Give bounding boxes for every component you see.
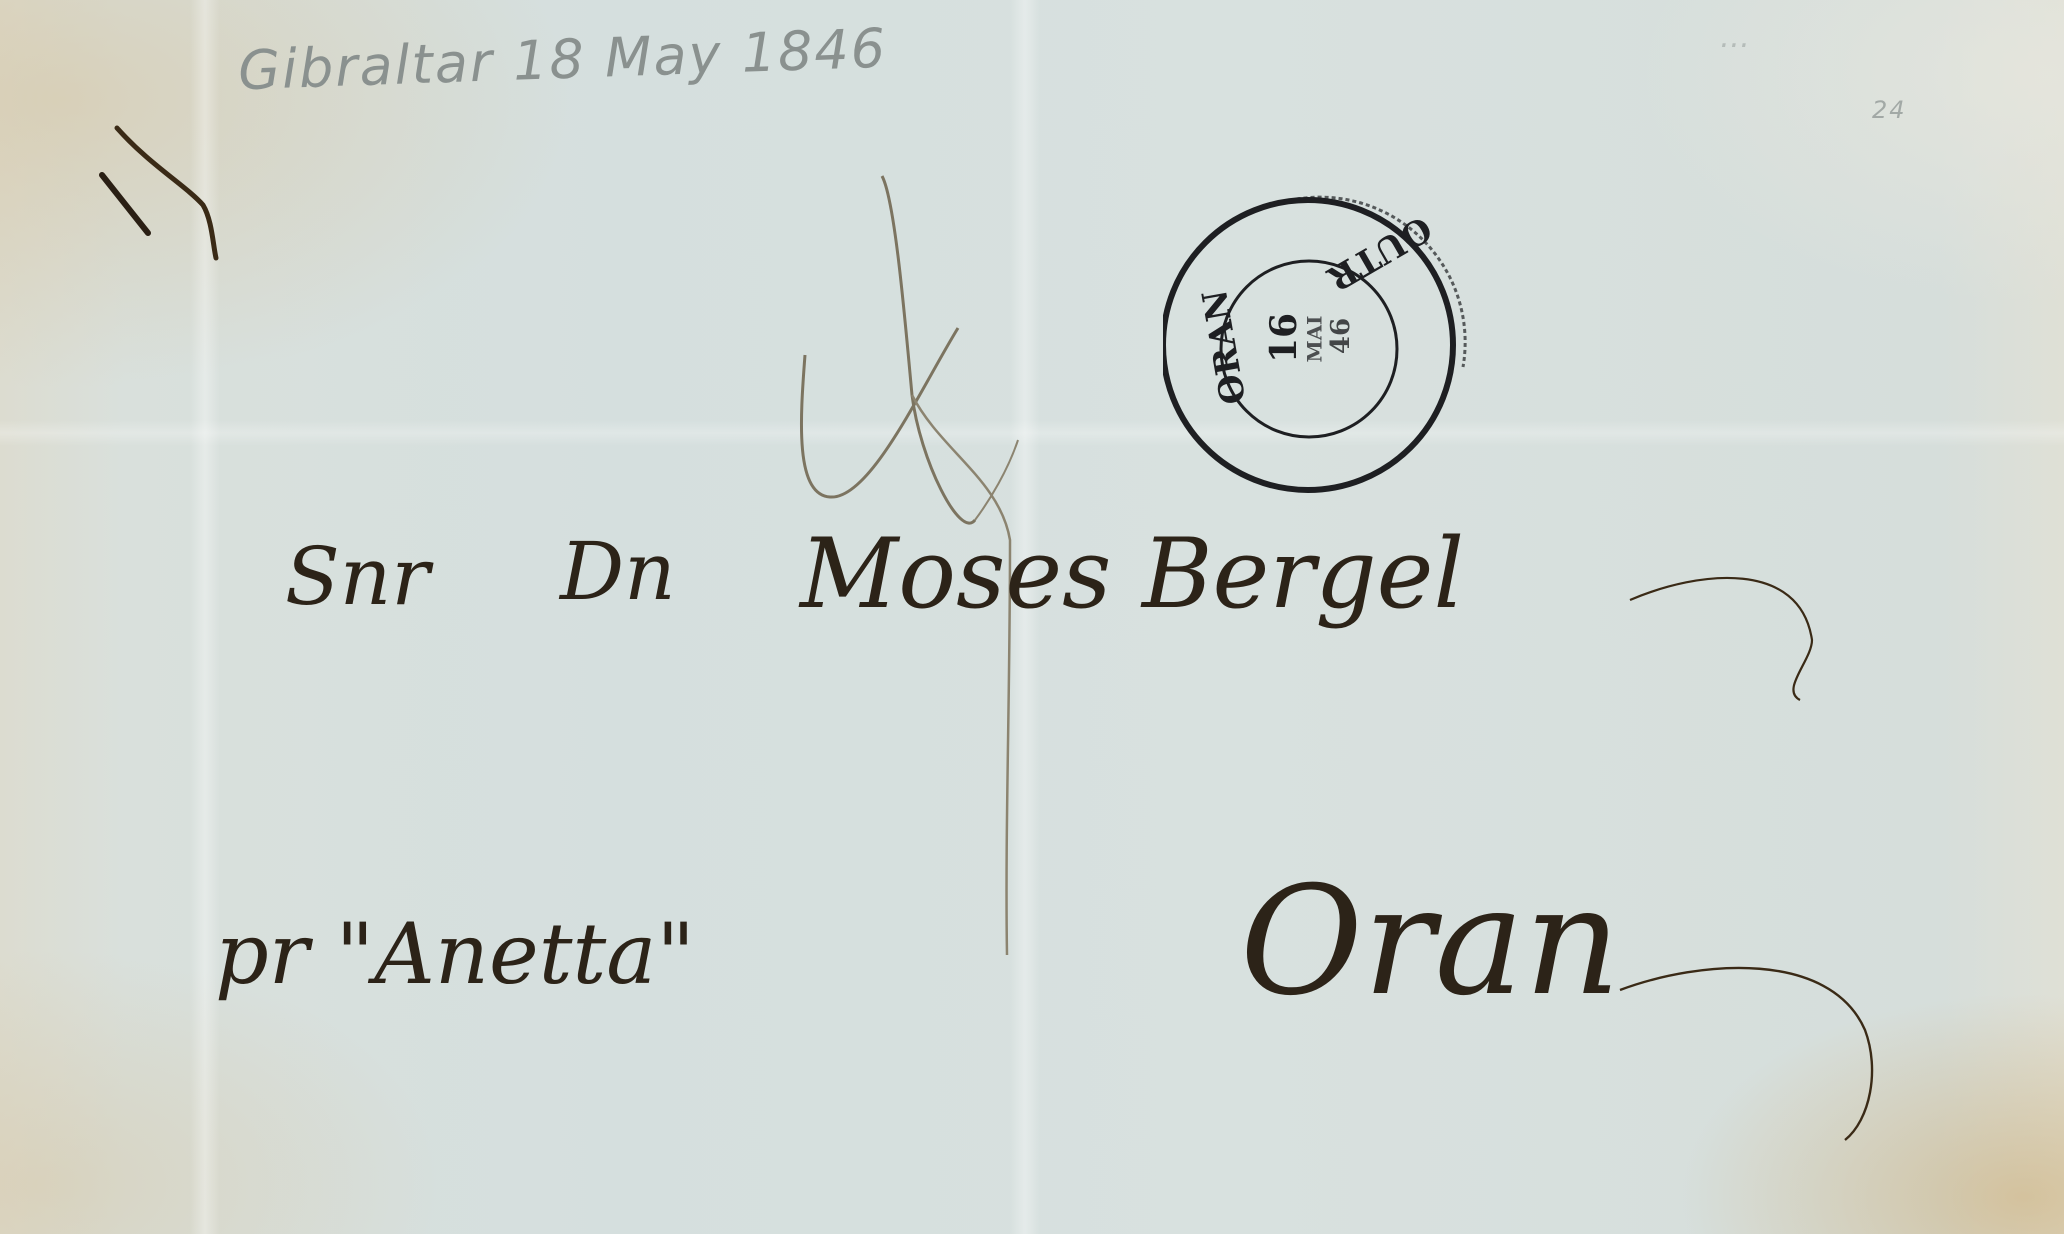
postmark-month: MAI <box>1303 315 1327 362</box>
address-prefix: Snr <box>285 530 430 623</box>
carriage-instruction: pr "Anetta" <box>215 905 695 1003</box>
postmark: ORAN OUTR 16 MAI 46 <box>1163 187 1475 499</box>
rate-mark-stroke <box>102 175 148 233</box>
postmark-day: 16 <box>1263 313 1305 363</box>
postmark-year: 46 <box>1326 318 1356 354</box>
destination-city: Oran <box>1240 855 1621 1029</box>
address-title: Dn <box>560 525 676 618</box>
rate-mark-stroke <box>117 128 216 258</box>
recipient-name: Moses Bergel <box>800 518 1464 630</box>
